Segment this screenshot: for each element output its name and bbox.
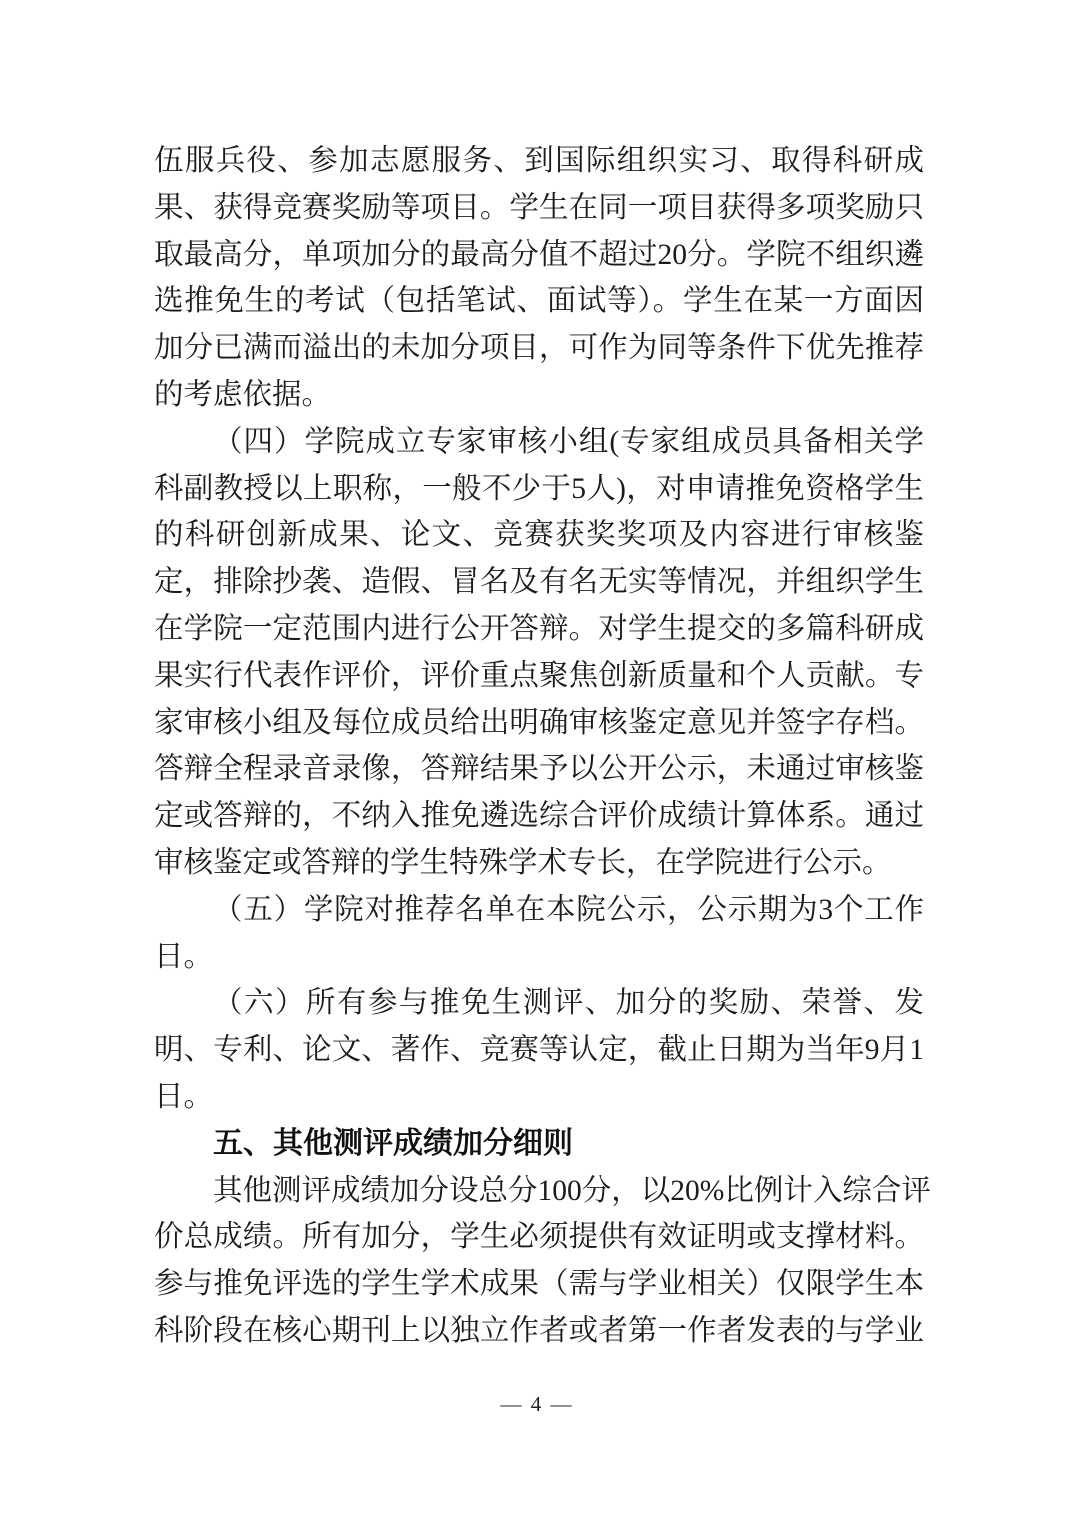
paragraph-item-five: （五）学院对推荐名单在本院公示，公示期为3个工作日。 [154,887,924,981]
text-line: 参与推免评选的学生学术成果（需与学业相关）仅限学生本 [154,1261,924,1308]
paragraph-continuation: 伍服兵役、参加志愿服务、到国际组织实习、取得科研成果、获得竞赛奖励等项目。学生在… [154,138,924,419]
document-body: 伍服兵役、参加志愿服务、到国际组织实习、取得科研成果、获得竞赛奖励等项目。学生在… [154,138,924,1355]
text-line: 加分已满而溢出的未加分项目，可作为同等条件下优先推荐 [154,325,924,372]
text-line: 的考虑依据。 [154,372,924,419]
paragraph-other-score-rules: 其他测评成绩加分设总分100分，以20%比例计入综合评价总成绩。所有加分，学生必… [154,1168,924,1355]
text-line: 的科研创新成果、论文、竞赛获奖奖项及内容进行审核鉴 [154,512,924,559]
text-line: 定或答辩的，不纳入推免遴选综合评价成绩计算体系。通过 [154,793,924,840]
paragraph-item-four: （四）学院成立专家审核小组(专家组成员具备相关学科副教授以上职称，一般不少于5人… [154,419,924,887]
text-line: 审核鉴定或答辩的学生特殊学术专长，在学院进行公示。 [154,840,924,887]
text-line: 选推免生的考试（包括笔试、面试等）。学生在某一方面因 [154,278,924,325]
text-line: 日。 [154,1074,924,1121]
text-line: （四）学院成立专家审核小组(专家组成员具备相关学 [154,419,924,466]
text-line: 伍服兵役、参加志愿服务、到国际组织实习、取得科研成 [154,138,924,185]
paragraph-item-six: （六）所有参与推免生测评、加分的奖励、荣誉、发明、专利、论文、著作、竞赛等认定，… [154,980,924,1120]
text-line: 果实行代表作评价，评价重点聚焦创新质量和个人贡献。专 [154,653,924,700]
section-heading-five: 五、其他测评成绩加分细则 [154,1121,924,1168]
text-line: 科副教授以上职称，一般不少于5人)，对申请推免资格学生 [154,466,924,513]
text-line: 明、专利、论文、著作、竞赛等认定，截止日期为当年9月1 [154,1027,924,1074]
text-line: 在学院一定范围内进行公开答辩。对学生提交的多篇科研成 [154,606,924,653]
text-line: （五）学院对推荐名单在本院公示，公示期为3个工作 [154,887,924,934]
text-line: 取最高分，单项加分的最高分值不超过20分。学院不组织遴 [154,232,924,279]
document-page: 伍服兵役、参加志愿服务、到国际组织实习、取得科研成果、获得竞赛奖励等项目。学生在… [0,0,1074,1520]
text-line: （六）所有参与推免生测评、加分的奖励、荣誉、发 [154,980,924,1027]
text-line: 果、获得竞赛奖励等项目。学生在同一项目获得多项奖励只 [154,185,924,232]
text-line: 科阶段在核心期刊上以独立作者或者第一作者发表的与学业 [154,1308,924,1355]
text-line: 价总成绩。所有加分，学生必须提供有效证明或支撑材料。 [154,1214,924,1261]
section-heading-text: 五、其他测评成绩加分细则 [154,1121,924,1168]
text-line: 日。 [154,934,924,981]
text-line: 定，排除抄袭、造假、冒名及有名无实等情况，并组织学生 [154,559,924,606]
text-line: 答辩全程录音录像，答辩结果予以公开公示，未通过审核鉴 [154,746,924,793]
page-number: — 4 — [0,1392,1074,1417]
text-line: 家审核小组及每位成员给出明确审核鉴定意见并签字存档。 [154,700,924,747]
text-line: 其他测评成绩加分设总分100分，以20%比例计入综合评 [154,1168,924,1215]
